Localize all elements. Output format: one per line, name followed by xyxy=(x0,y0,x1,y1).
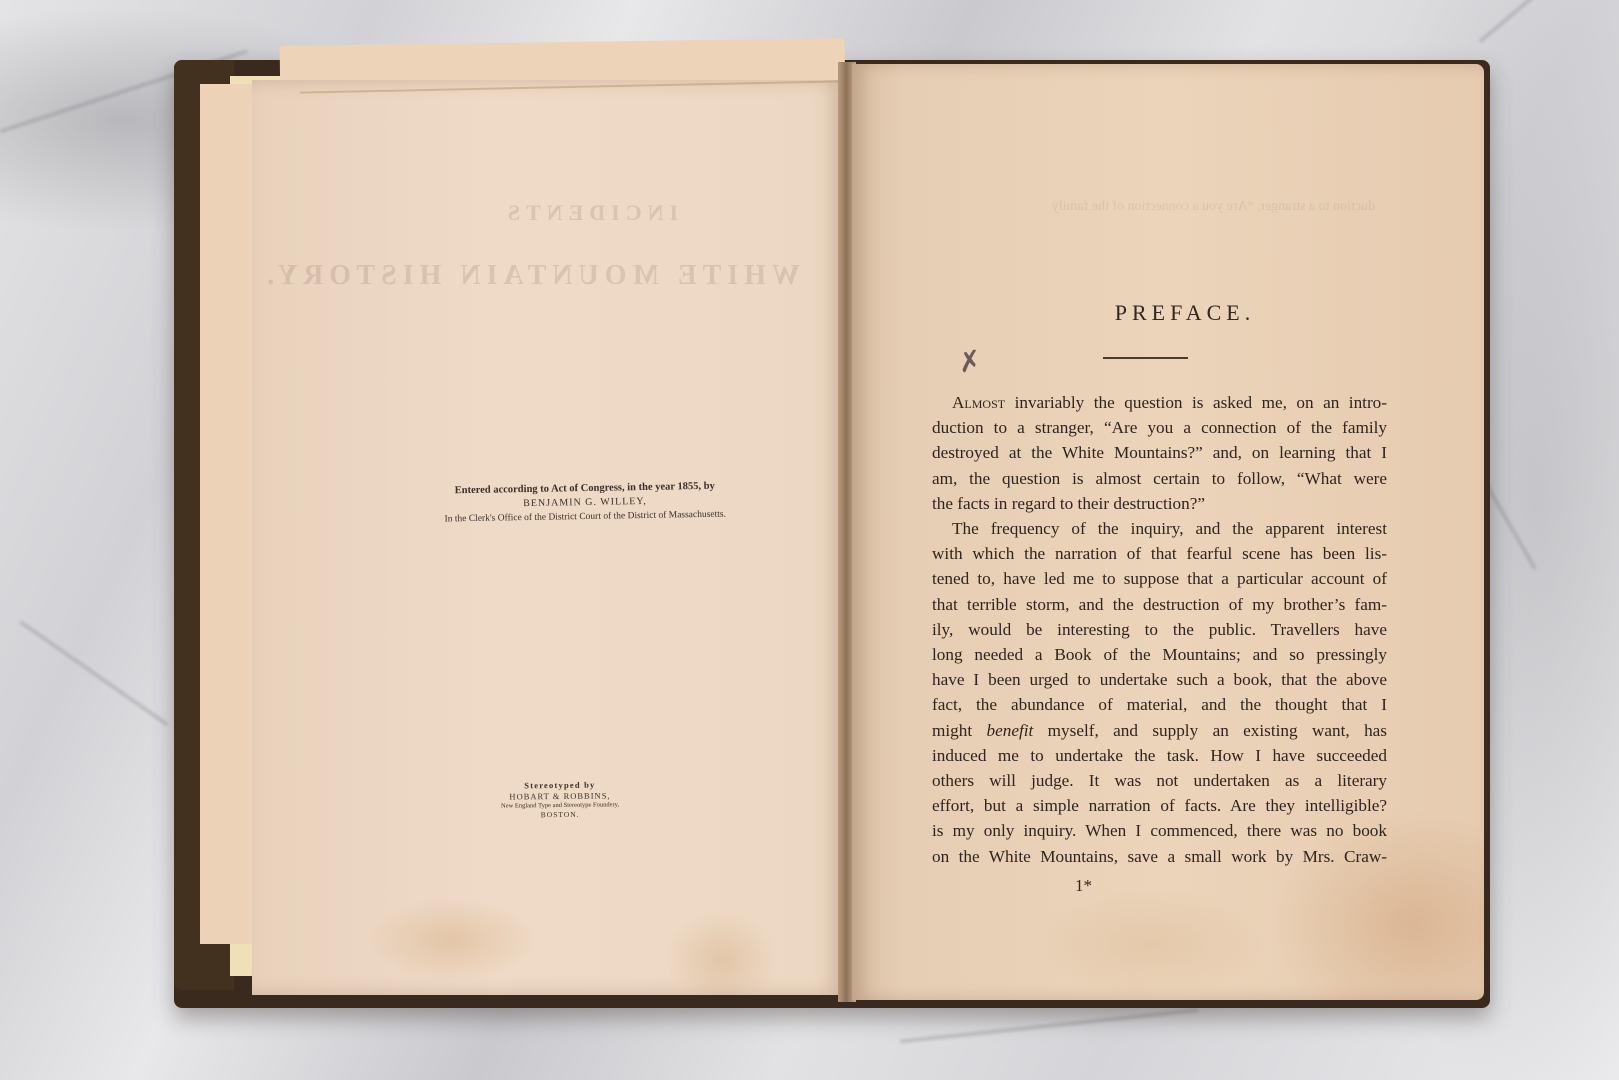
text-line: destroyed at the White Mountains?” and, … xyxy=(932,440,1387,465)
text-line: duction to a stranger, “Are you a connec… xyxy=(932,415,1387,440)
imprint-firm: HOBART & ROBBINS, xyxy=(460,790,660,802)
text-line: on the White Mountains, save a small wor… xyxy=(932,844,1387,869)
text-line: The frequency of the inquiry, and the ap… xyxy=(932,516,1387,541)
heading-rule xyxy=(1103,357,1188,359)
text-line: might benefit myself, and supply an exis… xyxy=(932,718,1387,743)
text-line: is my only inquiry. When I commenced, th… xyxy=(932,818,1387,843)
text-line: effort, but a simple narration of facts.… xyxy=(932,793,1387,818)
stereotyper-imprint: Stereotyped by HOBART & ROBBINS, New Eng… xyxy=(460,779,660,820)
text-line: Almost invariably the question is asked … xyxy=(932,390,1387,415)
show-through-text: duction to a stranger, “Are you a connec… xyxy=(935,195,1375,219)
italic-word: benefit xyxy=(987,721,1034,740)
text-line: have I been urged to undertake such a bo… xyxy=(932,667,1387,692)
show-through-title-2: WHITE MOUNTAIN HISTORY. xyxy=(380,260,800,292)
text-line: the facts in regard to their destruction… xyxy=(932,491,1387,516)
text-line: induced me to undertake the task. How I … xyxy=(932,743,1387,768)
preface-heading: PREFACE. xyxy=(1070,300,1300,326)
marble-vein xyxy=(1479,0,1588,43)
show-through-title-1: INCIDENTS xyxy=(470,200,710,226)
text-line: ily, would be interesting to the public.… xyxy=(932,617,1387,642)
imprint-line: Stereotyped by xyxy=(460,779,660,791)
preface-text: Almost invariably the question is asked … xyxy=(932,390,1387,869)
marble-vein xyxy=(19,620,168,726)
text-line: that terrible storm, and the destruction… xyxy=(932,592,1387,617)
text-line: long needed a Book of the Mountains; and… xyxy=(932,642,1387,667)
text-line: am, the question is almost certain to fo… xyxy=(932,466,1387,491)
text-line: fact, the abundance of material, and the… xyxy=(932,692,1387,717)
text-line: tened to, have led me to suppose that a … xyxy=(932,566,1387,591)
copyright-author: BENJAMIN G. WILLEY, xyxy=(400,494,770,511)
marble-vein xyxy=(900,1009,1199,1043)
signature-mark: 1* xyxy=(1075,876,1092,896)
text-line: others will judge. It was not undertaken… xyxy=(932,768,1387,793)
text-line: with which the narration of that fearful… xyxy=(932,541,1387,566)
copyright-notice: Entered according to Act of Congress, in… xyxy=(400,480,771,525)
